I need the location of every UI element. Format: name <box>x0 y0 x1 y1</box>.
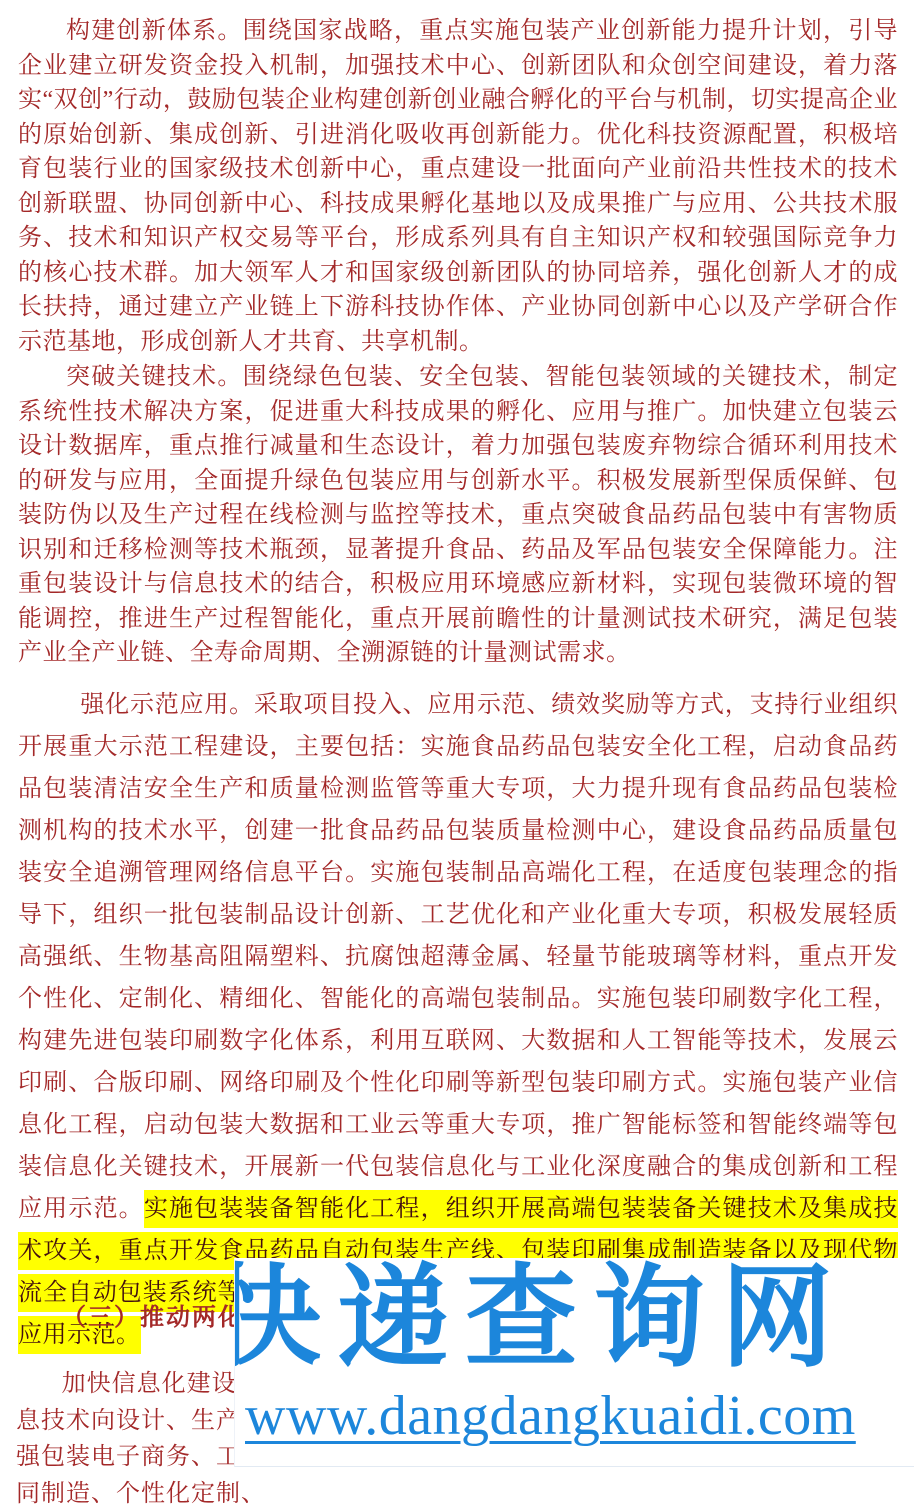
text-fragment-line: 同制造、个性化定制、 <box>16 1476 914 1509</box>
body-paragraph-innovation-system: 构建创新体系。围绕国家战略，重点实施包装产业创新能力提升计划，引导企业建立研发资… <box>18 14 898 359</box>
watermark-overlay: 快递查询网 www.dangdangkuaidi.com <box>234 1258 914 1467</box>
body-paragraph-demonstration-projects: 强化示范应用。采取项目投入、应用示范、绩效奖励等方式，支持行业组织开展重大示范工… <box>18 684 898 1356</box>
watermark-site-url: www.dangdangkuaidi.com <box>245 1388 914 1444</box>
document-page: 构建创新体系。围绕国家战略，重点实施包装产业创新能力提升计划，引导企业建立研发资… <box>0 0 914 1509</box>
body-paragraph-key-technologies: 突破关键技术。围绕绿色包装、安全包装、智能包装领域的关键技术，制定系统性技术解决… <box>18 360 898 671</box>
watermark-site-name: 快递查询网 <box>234 1262 914 1376</box>
paragraph-text: 强化示范应用。采取项目投入、应用示范、绩效奖励等方式，支持行业组织开展重大示范工… <box>18 692 898 1222</box>
